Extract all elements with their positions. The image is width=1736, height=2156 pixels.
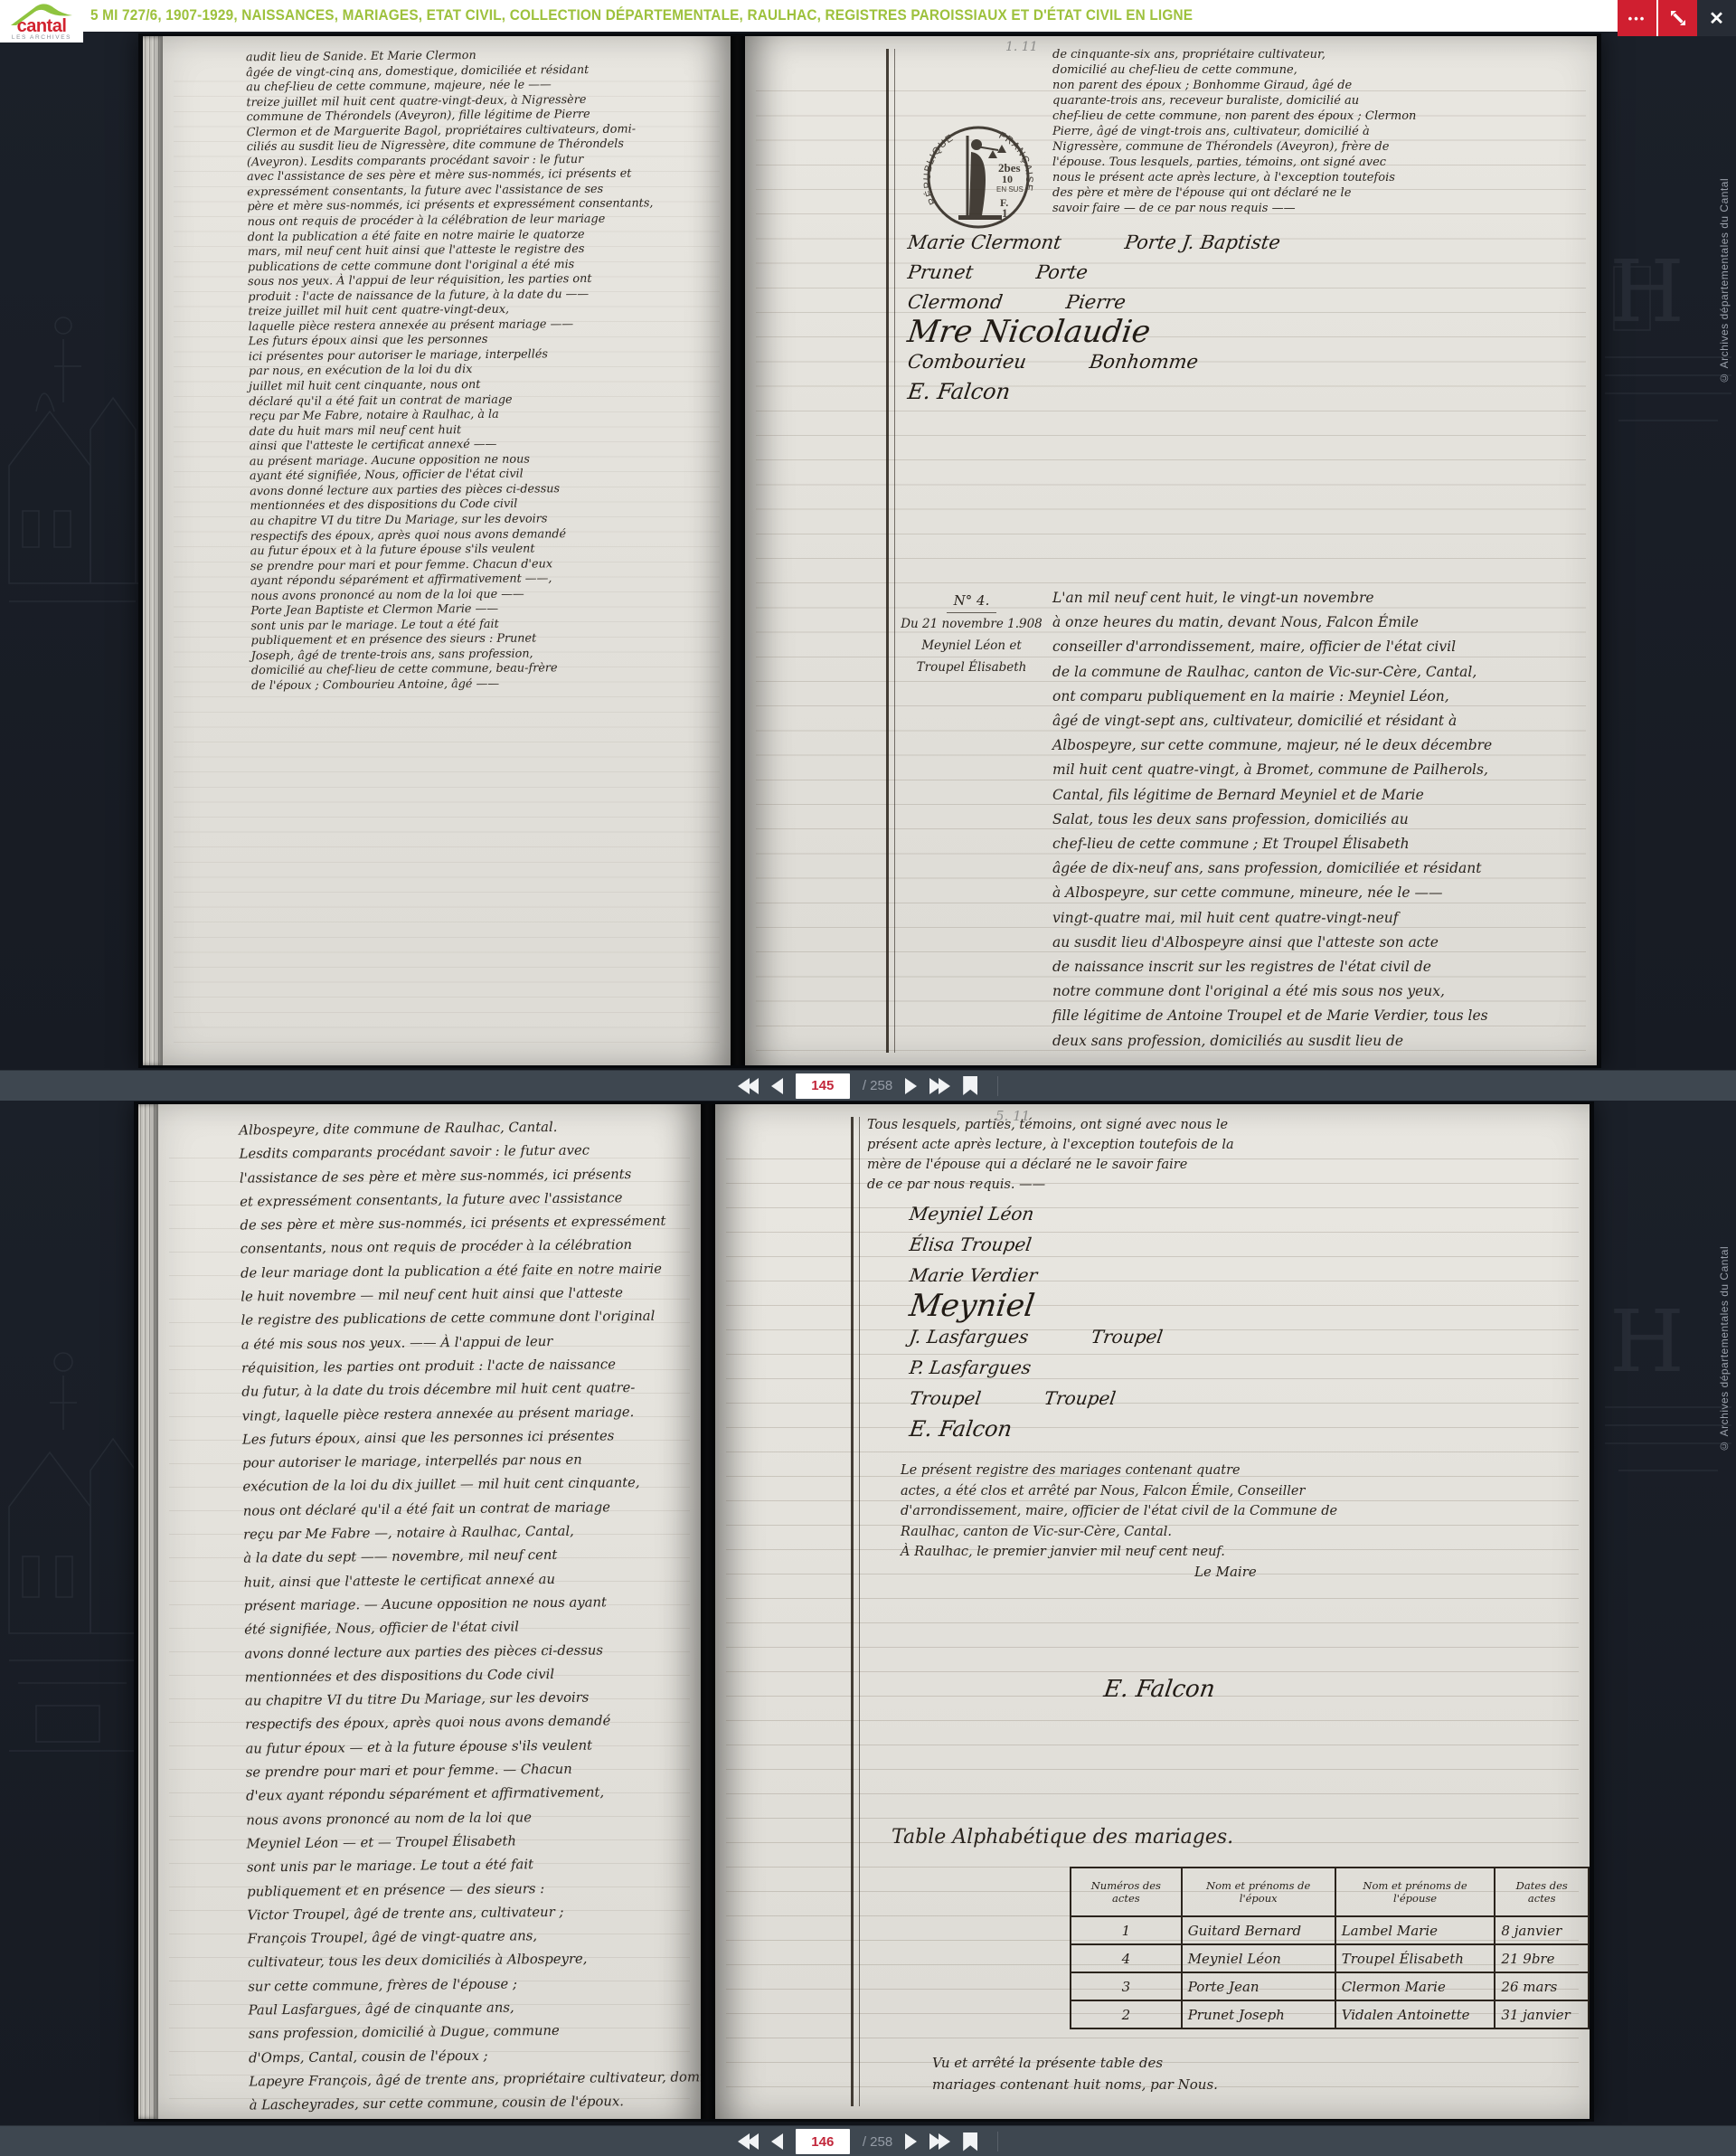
manuscript-line: actes, a été clos et arrêté par Nous, Fa…: [901, 1481, 1488, 1502]
republique-francaise-stamp: RÉPUBLIQUE FRANÇAISE 2bes 10: [922, 116, 1034, 239]
cantal-logo[interactable]: cantal LES ARCHIVES: [0, 0, 83, 43]
table-cell: Troupel Élisabeth: [1335, 1944, 1495, 1972]
manuscript-line: L'an mil neuf cent huit, le vingt-un nov…: [1052, 586, 1595, 610]
closing-statement: Le présent registre des mariages contena…: [901, 1461, 1488, 1563]
manuscript-line: fille légitime de Antoine Troupel et de …: [1052, 1004, 1595, 1028]
act-text-left: Albospeyre, dite commune de Raulhac, Can…: [239, 1114, 693, 2118]
svg-text:H: H: [1609, 1292, 1684, 1392]
table-row: 3Porte JeanClermon Marie26 mars: [1071, 1972, 1589, 2000]
expand-arrows-icon: [1668, 8, 1688, 28]
manuscript-line: nous le présent acte après lecture, à l'…: [1052, 170, 1595, 185]
manuscript-line: mariages contenant huit noms, par Nous.: [932, 2074, 1402, 2095]
witness-text: Tous lesquels, parties, témoins, ont sig…: [867, 1115, 1428, 1195]
svg-text:H: H: [1609, 242, 1684, 342]
manuscript-line: à onze heures du matin, devant Nous, Fal…: [1052, 610, 1595, 635]
manuscript-line: mil huit cent quatre-vingt, à Bromet, co…: [1052, 758, 1595, 782]
manuscript-line: à Lascheyrades, sur cette commune, cousi…: [250, 2090, 693, 2118]
manuscript-line: âgée de dix-neuf ans, sans profession, d…: [1052, 856, 1595, 881]
manuscript-line: de cinquante-six ans, propriétaire culti…: [1052, 47, 1595, 62]
previous-page-button[interactable]: [771, 2133, 783, 2150]
signature: Bonhomme: [1088, 347, 1201, 377]
table-header: Nom et prénoms de l'épouse: [1335, 1868, 1495, 1916]
logo-tagline: LES ARCHIVES: [12, 34, 71, 41]
manuscript-line: de naissance inscrit sur les registres d…: [1052, 955, 1595, 979]
pencil-folio-mark: 1. 11: [1005, 40, 1038, 54]
table-cell: 8 janvier: [1495, 1916, 1589, 1944]
fast-forward-button[interactable]: [929, 2133, 950, 2150]
act-margin-note: N° 4. Du 21 novembre 1.908Meyniel Léon e…: [897, 590, 1046, 678]
copyright-notice: © Archives départementales du Cantal: [1718, 77, 1731, 384]
manuscript-line: âgé de vingt-sept ans, cultivateur, domi…: [1052, 709, 1595, 733]
signature: E. Falcon: [908, 1414, 1014, 1444]
manuscript-line: Troupel Élisabeth: [897, 657, 1046, 678]
svg-text:EN SUS: EN SUS: [996, 185, 1024, 194]
manuscript-line: notre commune dont l'original a été mis …: [1052, 979, 1595, 1004]
margin-rule: [851, 1117, 860, 2106]
bookmark-icon[interactable]: [963, 1076, 977, 1095]
manuscript-line: à Albospeyre, sur cette commune, mineure…: [1052, 881, 1595, 905]
manuscript-line: Cantal, fils légitime de Bernard Meyniel…: [1052, 783, 1595, 808]
signature: Porte: [1034, 258, 1090, 288]
ellipsis-icon: •••: [1628, 12, 1646, 25]
signatures-block: Meyniel LéonÉlisa TroupelMarie VerdierMe…: [910, 1198, 1163, 1444]
manuscript-line: le registre des publications de cette co…: [241, 1305, 684, 1333]
manuscript-line: Pierre, âgé de vingt-trois ans, cultivat…: [1052, 124, 1595, 139]
table-cell: 26 mars: [1495, 1972, 1589, 2000]
manuscript-line: Raulhac, canton de Vic-sur-Cère, Cantal.: [901, 1522, 1488, 1543]
manuscript-line: exécution de la loi du dix juillet — mil…: [242, 1471, 685, 1499]
signature: Meyniel Léon: [908, 1198, 1036, 1229]
manuscript-line: domicilié au chef-lieu de cette commune,: [1052, 62, 1595, 78]
table-row: 4Meyniel LéonTroupel Élisabeth21 9bre: [1071, 1944, 1589, 1972]
header-actions: ••• ✕: [1618, 0, 1736, 36]
next-page-button[interactable]: [905, 1078, 917, 1094]
document-scan-page-145[interactable]: audit lieu de Sanide. Et Marie Clermonâg…: [138, 33, 1601, 1068]
previous-page-button[interactable]: [771, 1078, 783, 1094]
signature: E. Falcon: [906, 377, 1013, 407]
scan-left-page: audit lieu de Sanide. Et Marie Clermonâg…: [163, 36, 731, 1065]
background-watermark-left: [0, 1326, 145, 1832]
page-total-label: / 258: [863, 2134, 892, 2150]
manuscript-line: vingt, laquelle pièce restera annexée au…: [242, 1400, 685, 1428]
manuscript-line: chef-lieu de cette commune, non parent d…: [1052, 109, 1595, 124]
viewer-top: H audit lieu de Sanide. Et Marie Clermon…: [0, 32, 1736, 1100]
manuscript-line: À Raulhac, le premier janvier mil neuf c…: [901, 1542, 1488, 1563]
table-title: Table Alphabétique des mariages.: [892, 1826, 1233, 1849]
table-cell: 4: [1071, 1944, 1182, 1972]
background-watermark-right: H: [1600, 213, 1736, 574]
viewer-bottom-stage[interactable]: H Albospeyre, dite commune de Raulhac, C…: [0, 1100, 1736, 2125]
manuscript-line: Lapeyre François, âgé de trente ans, pro…: [249, 2066, 692, 2094]
manuscript-line: quarante-trois ans, receveur buraliste, …: [1052, 93, 1595, 109]
maire-signature: E. Falcon: [1102, 1676, 1217, 1703]
close-icon: ✕: [1709, 7, 1724, 30]
manuscript-line: de la commune de Raulhac, canton de Vic-…: [1052, 660, 1595, 685]
manuscript-line: présent acte après lecture, à l'exceptio…: [867, 1135, 1428, 1155]
table-cell: Prunet Joseph: [1182, 2000, 1335, 2028]
manuscript-line: Du 21 novembre 1.908: [897, 613, 1046, 635]
manuscript-line: Albospeyre, sur cette commune, majeur, n…: [1052, 733, 1595, 758]
manuscript-line: d'arrondissement, maire, officier de l'é…: [901, 1501, 1488, 1522]
table-cell: 1: [1071, 1916, 1182, 1944]
signature: Prunet: [906, 258, 976, 288]
page-number-input[interactable]: [796, 1073, 850, 1099]
background-watermark-left: [0, 303, 145, 683]
signature: Élisa Troupel: [908, 1229, 1034, 1260]
pager-bottom: / 258: [0, 2125, 1736, 2156]
act-text-left: audit lieu de Sanide. Et Marie Clermonâg…: [246, 47, 717, 695]
witness-text: de cinquante-six ans, propriétaire culti…: [1052, 47, 1595, 216]
manuscript-line: Meyniel Léon et: [897, 635, 1046, 657]
document-title: 5 MI 727/6, 1907-1929, NAISSANCES, MARIA…: [90, 0, 1193, 32]
scan-left-page: Albospeyre, dite commune de Raulhac, Can…: [158, 1104, 701, 2119]
manuscript-line: au susdit lieu d'Albospeyre ainsi que l'…: [1052, 931, 1595, 955]
copyright-notice: © Archives départementales du Cantal: [1718, 1145, 1731, 1452]
table-row: 2Prunet JosephVidalen Antoinette31 janvi…: [1071, 2000, 1589, 2028]
alphabetical-marriage-table: Numéros des actesNom et prénoms de l'épo…: [1070, 1867, 1590, 2029]
manuscript-line: Vu et arrêté la présente table des: [932, 2052, 1402, 2074]
manuscript-line: des père et mère de l'épouse qui ont déc…: [1052, 185, 1595, 201]
pager-divider: [997, 1076, 998, 1096]
manuscript-line: Salat, tous les deux sans profession, do…: [1052, 808, 1595, 832]
le-maire-label: Le Maire: [1194, 1564, 1257, 1580]
scan-right-page: 1. 11 RÉPUBLIQUE FRANÇAISE: [745, 36, 1597, 1065]
table-header: Numéros des actes: [1071, 1868, 1182, 1916]
table-cell: Porte Jean: [1182, 1972, 1335, 2000]
pager-divider: [997, 2132, 998, 2151]
manuscript-line: de ce par nous requis. ——: [867, 1175, 1428, 1195]
signature: J. Lasfargues: [908, 1321, 1031, 1352]
table-cell: Meyniel Léon: [1182, 1944, 1335, 1972]
manuscript-line: non parent des époux ; Bonhomme Giraud, …: [1052, 78, 1595, 93]
close-button[interactable]: ✕: [1697, 0, 1736, 36]
svg-text:RÉPUBLIQUE: RÉPUBLIQUE: [922, 132, 956, 206]
fullscreen-button[interactable]: [1656, 0, 1697, 36]
fast-backward-button[interactable]: [738, 2133, 759, 2150]
signature: Combourieu: [906, 347, 1029, 377]
table-cell: Clermon Marie: [1335, 1972, 1495, 2000]
table-header: Nom et prénoms de l'époux: [1182, 1868, 1335, 1916]
act-number: N° 4.: [947, 590, 997, 613]
table-cell: 3: [1071, 1972, 1182, 2000]
viewer-top-stage[interactable]: H audit lieu de Sanide. Et Marie Clermon…: [0, 32, 1736, 1070]
table-header: Dates des actes: [1495, 1868, 1589, 1916]
manuscript-line: Le présent registre des mariages contena…: [901, 1461, 1488, 1481]
table-cell: 2: [1071, 2000, 1182, 2028]
book-gutter: [701, 1104, 715, 2119]
signature: Troupel: [1090, 1321, 1165, 1352]
viewer-bottom: H Albospeyre, dite commune de Raulhac, C…: [0, 1100, 1736, 2156]
more-options-button[interactable]: •••: [1618, 0, 1656, 36]
bookmark-icon[interactable]: [963, 2132, 977, 2151]
manuscript-line: chef-lieu de cette commune ; Et Troupel …: [1052, 832, 1595, 856]
fast-forward-button[interactable]: [929, 1078, 950, 1094]
table-cell: Lambel Marie: [1335, 1916, 1495, 1944]
manuscript-line: savoir faire — de ce par nous requis ——: [1052, 201, 1595, 216]
manuscript-line: l'épouse. Tous lesquels, parties, témoin…: [1052, 155, 1595, 170]
signature: Porte J. Baptiste: [1122, 228, 1281, 258]
scan-right-page: 5. 11 Tous lesquels, parties, témoins, o…: [715, 1104, 1590, 2119]
table-cell: 31 janvier: [1495, 2000, 1589, 2028]
signature: Mre Nicolaudie: [906, 317, 1153, 347]
manuscript-line: Tous lesquels, parties, témoins, ont sig…: [867, 1115, 1428, 1135]
table-cell: 21 9bre: [1495, 1944, 1589, 1972]
page-total-label: / 258: [863, 1078, 892, 1093]
table-cell: Vidalen Antoinette: [1335, 2000, 1495, 2028]
document-scan-page-146[interactable]: Albospeyre, dite commune de Raulhac, Can…: [134, 1102, 1594, 2122]
svg-text:10: 10: [1002, 173, 1013, 185]
page-number-input[interactable]: [796, 2129, 850, 2154]
act-text-right: L'an mil neuf cent huit, le vingt-un nov…: [1052, 586, 1595, 1054]
signatures-block: Marie ClermontPorte J. BaptistePrunetPor…: [908, 228, 1280, 407]
manuscript-line: ont comparu publiquement en la mairie : …: [1052, 685, 1595, 709]
manuscript-line: vingt-quatre mai, mil huit cent quatre-v…: [1052, 906, 1595, 931]
background-watermark-right: H: [1600, 1262, 1736, 1624]
signature: Meyniel: [908, 1291, 1037, 1321]
manuscript-line: mère de l'épouse qui a déclaré ne le sav…: [867, 1155, 1428, 1175]
next-page-button[interactable]: [905, 2133, 917, 2150]
page-stack-edge: [138, 1104, 158, 2119]
manuscript-line: deux sans profession, domiciliés au susd…: [1052, 1029, 1595, 1054]
margin-rule: [886, 49, 895, 1053]
page-stack-edge: [143, 36, 163, 1065]
app-header: 5 MI 727/6, 1907-1929, NAISSANCES, MARIA…: [0, 0, 1736, 32]
table-row: 1Guitard BernardLambel Marie8 janvier: [1071, 1916, 1589, 1944]
pager-top: / 258: [0, 1070, 1736, 1101]
fast-backward-button[interactable]: [738, 1078, 759, 1094]
signature: Troupel: [908, 1383, 984, 1414]
table-closing-note: Vu et arrêté la présente table desmariag…: [932, 2052, 1402, 2095]
manuscript-line: conseiller d'arrondissement, maire, offi…: [1052, 635, 1595, 659]
manuscript-line: Nigressère, commune de Thérondels (Aveyr…: [1052, 139, 1595, 155]
svg-text:1.: 1.: [1002, 206, 1011, 220]
book-gutter: [731, 36, 745, 1065]
table-cell: Guitard Bernard: [1182, 1916, 1335, 1944]
signature: Marie Clermont: [906, 228, 1063, 258]
mountain-swoosh-icon: [9, 3, 74, 26]
signature: Marie Verdier: [908, 1260, 1040, 1291]
signature: Troupel: [1042, 1383, 1118, 1414]
signature: P. Lasfargues: [908, 1352, 1033, 1383]
